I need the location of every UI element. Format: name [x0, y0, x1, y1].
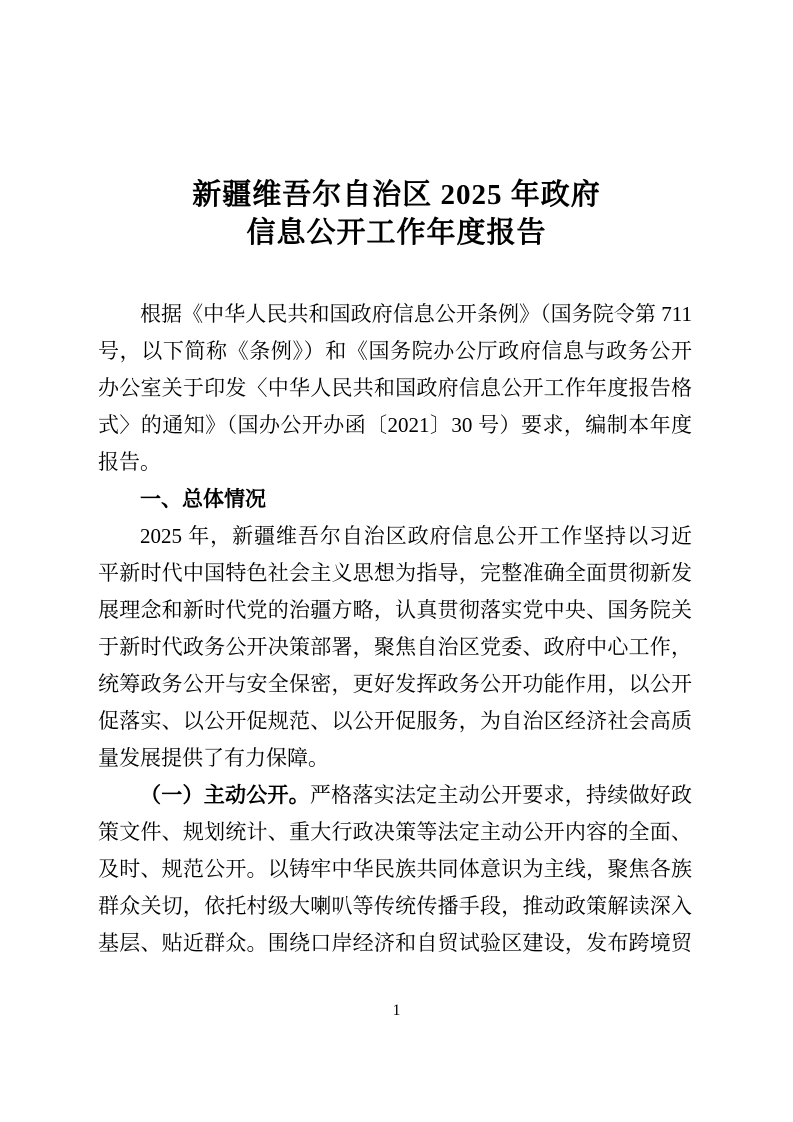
document-title-line-1: 新疆维吾尔自治区 2025 年政府: [98, 176, 695, 214]
document-title-line-2: 信息公开工作年度报告: [98, 214, 695, 252]
document-page: 新疆维吾尔自治区 2025 年政府 信息公开工作年度报告 根据《中华人民共和国政…: [0, 0, 793, 1122]
paragraph-3-lead-label: （一）主动公开。: [140, 783, 310, 807]
paragraph-2-line: 量发展提供了有力保障。: [98, 740, 692, 777]
paragraph-1-line: 号，以下简称《条例》）和《国务院办公厅政府信息与政务公开: [98, 333, 692, 370]
paragraph-3-line: 基层、贴近群众。围绕口岸经济和自贸试验区建设，发布跨境贸: [98, 925, 692, 962]
document-body: 根据《中华人民共和国政府信息公开条例》（国务院令第 711 号，以下简称《条例》…: [98, 296, 692, 962]
paragraph-2-line: 统筹政务公开与安全保密，更好发挥政务公开功能作用，以公开: [98, 666, 692, 703]
paragraph-1-line: 报告。: [98, 444, 692, 481]
paragraph-3-line: 策文件、规划统计、重大行政决策等法定主动公开内容的全面、: [98, 814, 692, 851]
paragraph-1-line: 办公室关于印发〈中华人民共和国政府信息公开工作年度报告格: [98, 370, 692, 407]
paragraph-3-line: （一）主动公开。严格落实法定主动公开要求，持续做好政: [98, 777, 692, 814]
section-heading-overview: 一、总体情况: [98, 481, 692, 518]
paragraph-1-line: 根据《中华人民共和国政府信息公开条例》（国务院令第 711: [98, 296, 692, 333]
paragraph-2-line: 展理念和新时代党的治疆方略，认真贯彻落实党中央、国务院关: [98, 592, 692, 629]
paragraph-2-line: 2025 年，新疆维吾尔自治区政府信息公开工作坚持以习近: [98, 518, 692, 555]
paragraph-3-line: 群众关切，依托村级大喇叭等传统传播手段，推动政策解读深入: [98, 888, 692, 925]
paragraph-2-line: 平新时代中国特色社会主义思想为指导，完整准确全面贯彻新发: [98, 555, 692, 592]
paragraph-1-line: 式〉的通知》（国办公开办函〔2021〕30 号）要求，编制本年度: [98, 407, 692, 444]
page-number: 1: [0, 1002, 793, 1020]
document-title: 新疆维吾尔自治区 2025 年政府 信息公开工作年度报告: [98, 176, 695, 252]
paragraph-2-line: 于新时代政务公开决策部署，聚焦自治区党委、政府中心工作，: [98, 629, 692, 666]
paragraph-3-line-text: 严格落实法定主动公开要求，持续做好政: [310, 783, 692, 807]
paragraph-3-line: 及时、规范公开。以铸牢中华民族共同体意识为主线，聚焦各族: [98, 851, 692, 888]
paragraph-2-line: 促落实、以公开促规范、以公开促服务，为自治区经济社会高质: [98, 703, 692, 740]
